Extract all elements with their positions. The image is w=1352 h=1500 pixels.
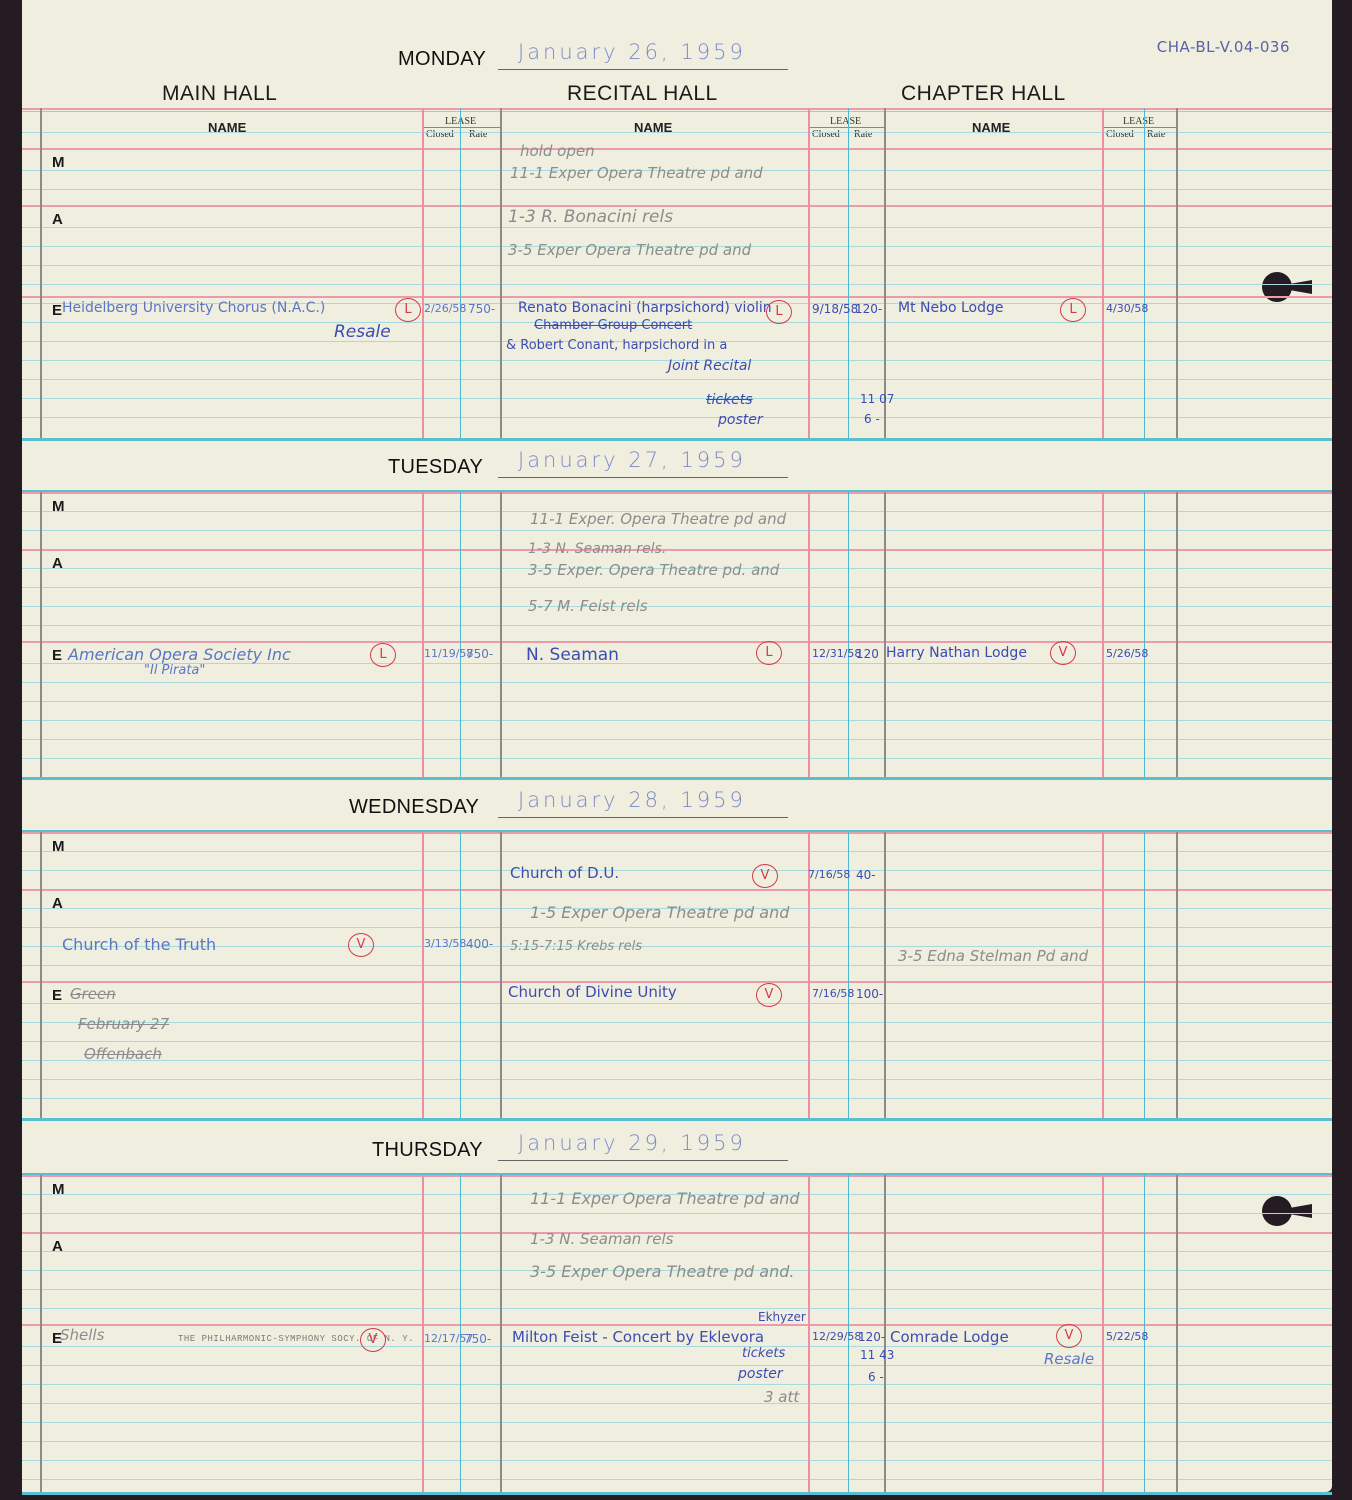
period-rule-e <box>22 1324 1332 1326</box>
recital-morning-closed: 7/16/58 <box>808 868 850 881</box>
recital-morning-line: 11-1 Exper Opera Theatre pd and <box>530 1189 800 1208</box>
period-rule-a <box>22 549 1332 551</box>
period-evening: E <box>52 987 62 1004</box>
column-rule <box>808 492 810 777</box>
period-afternoon: A <box>52 555 63 572</box>
header-top-rule <box>22 108 1332 110</box>
main-afternoon-name: Church of the Truth <box>62 935 216 954</box>
section-bottom-rule <box>22 1492 1332 1495</box>
lease-mark: L <box>395 298 421 322</box>
recital-evening-line: & Robert Conant, harpsichord in a <box>506 338 727 353</box>
lease-divider-main <box>422 127 500 128</box>
main-evening-name: American Opera Society Inc <box>68 645 291 664</box>
lease-mark: L <box>766 300 792 324</box>
ruled-line <box>22 1041 1332 1042</box>
column-rule <box>500 1175 502 1492</box>
recital-evening-name: N. Seaman <box>526 645 619 665</box>
archive-id: CHA-BL-V.04-036 <box>1157 38 1290 56</box>
ruled-line <box>22 606 1332 607</box>
recital-morning-name: Church of D.U. <box>510 864 619 882</box>
rate-label-chapter: Rate <box>1147 129 1165 140</box>
main-afternoon-rate: 400- <box>466 937 493 951</box>
chapter-evening-closed: 5/22/58 <box>1106 1330 1148 1343</box>
recital-afternoon-line: 5-7 M. Feist rels <box>528 597 648 615</box>
ruled-line <box>22 1460 1332 1461</box>
ruled-line <box>22 870 1332 871</box>
column-rule <box>848 108 849 438</box>
main-evening-struck: February 27 <box>78 1015 169 1033</box>
period-afternoon: A <box>52 1238 63 1255</box>
recital-evening-line: 3 att <box>764 1388 799 1406</box>
ruled-line <box>22 1308 1332 1309</box>
recital-evening-extra: 6 - <box>868 1370 884 1384</box>
period-evening: E <box>52 302 62 319</box>
column-rule <box>1176 492 1178 777</box>
recital-evening-name: Milton Feist - Concert by Eklevora <box>512 1328 764 1346</box>
period-rule-a <box>22 205 1332 207</box>
chapter-evening-name: Mt Nebo Lodge <box>898 300 1004 316</box>
header-top-rule-blue <box>22 111 1332 112</box>
section-bottom-rule <box>22 777 1332 780</box>
ruled-line <box>22 1003 1332 1004</box>
column-rule <box>884 492 886 777</box>
lease-mark: V <box>756 983 782 1007</box>
ruled-line <box>22 1289 1332 1290</box>
column-rule <box>500 492 502 777</box>
binder-slot-bottom <box>1288 1204 1312 1218</box>
lease-divider-recital <box>808 127 884 128</box>
column-rule <box>40 108 42 438</box>
recital-evening-line: poster <box>718 412 763 428</box>
ruled-line <box>22 1384 1332 1385</box>
main-evening-note: Resale <box>334 322 391 342</box>
ruled-line <box>22 379 1332 380</box>
recital-evening-extra: 11 07 <box>860 392 894 406</box>
hall-title-main: MAIN HALL <box>162 82 277 106</box>
chapter-evening-closed: 5/26/58 <box>1106 647 1148 660</box>
chapter-evening-name: Comrade Lodge <box>890 1328 1009 1346</box>
column-rule <box>884 832 886 1118</box>
column-rule <box>1144 108 1145 438</box>
lease-divider-chapter <box>1102 127 1176 128</box>
recital-afternoon-line: 1-3 R. Bonacini rels <box>508 207 673 227</box>
column-rule <box>1102 832 1104 1118</box>
ruled-line <box>22 1060 1332 1061</box>
period-evening: E <box>52 647 62 664</box>
recital-evening-line: tickets <box>706 392 753 408</box>
ruled-line <box>22 417 1332 418</box>
period-rule-e <box>22 981 1332 983</box>
ruled-line <box>22 530 1332 531</box>
section-bottom-rule <box>22 1118 1332 1121</box>
column-rule <box>422 108 424 438</box>
ruled-line <box>22 1022 1332 1023</box>
ruled-line <box>22 132 1332 133</box>
period-morning: M <box>52 1181 65 1198</box>
column-rule <box>40 1175 42 1492</box>
period-rule-m <box>22 492 1332 494</box>
recital-evening-rate: 100- <box>856 987 883 1001</box>
main-evening-rate: 750- <box>466 647 493 661</box>
ruled-line <box>22 1213 1332 1214</box>
lease-mark: L <box>370 643 396 667</box>
day-label: THURSDAY <box>372 1139 483 1162</box>
column-rule <box>1102 492 1104 777</box>
recital-afternoon-line: 5:15-7:15 Krebs rels <box>510 939 642 954</box>
ruled-line <box>22 1079 1332 1080</box>
recital-morning-line: 11-1 Exper. Opera Theatre pd and <box>530 510 786 528</box>
ruled-line <box>22 284 1332 285</box>
main-evening-struck: Green <box>70 985 116 1003</box>
ruled-line <box>22 720 1332 721</box>
date-underline <box>498 477 788 478</box>
ruled-line <box>22 1346 1332 1347</box>
ruled-line <box>22 227 1332 228</box>
recital-morning-line: hold open <box>520 142 595 160</box>
recital-evening-name: Church of Divine Unity <box>508 983 677 1001</box>
recital-evening-line: tickets <box>742 1346 785 1361</box>
column-rule <box>40 832 42 1118</box>
column-rule <box>884 108 886 438</box>
main-evening-note: "Il Pirata" <box>144 663 205 678</box>
rate-label-recital: Rate <box>854 129 872 140</box>
hall-title-recital: RECITAL HALL <box>567 82 718 106</box>
recital-evening-closed: 12/31/58 <box>812 647 861 660</box>
lease-mark: V <box>360 1328 386 1352</box>
period-morning: M <box>52 498 65 515</box>
lease-label-chapter: LEASE <box>1123 116 1154 127</box>
binder-hole-bottom <box>1262 1196 1292 1226</box>
chapter-afternoon-note: 3-5 Edna Stelman Pd and <box>898 947 1088 965</box>
main-evening-rate: 750- <box>468 302 495 316</box>
ruled-line <box>22 739 1332 740</box>
ruled-line <box>22 265 1332 266</box>
recital-evening-extra: 11 43 <box>860 1348 894 1362</box>
column-rule <box>422 832 424 1118</box>
section-bottom-rule <box>22 438 1332 441</box>
period-rule-e <box>22 641 1332 643</box>
main-evening-closed: 2/26/58 <box>424 302 466 315</box>
recital-evening-extra: 6 - <box>864 412 880 426</box>
date-value: January 29, 1959 <box>518 1131 746 1155</box>
recital-evening-closed: 7/16/58 <box>812 987 854 1000</box>
recital-evening-closed: 9/18/58 <box>812 302 858 316</box>
recital-afternoon-line: 3-5 Exper. Opera Theatre pd. and <box>528 561 779 579</box>
date-value: January 28, 1959 <box>518 788 746 812</box>
lease-mark: L <box>756 641 782 665</box>
ruled-line <box>22 625 1332 626</box>
date-underline <box>498 817 788 818</box>
ruled-line <box>22 189 1332 190</box>
date-underline <box>498 1160 788 1161</box>
period-rule-a <box>22 1232 1332 1234</box>
column-rule <box>808 1175 810 1492</box>
ruled-line <box>22 682 1332 683</box>
ruled-line <box>22 758 1332 759</box>
column-rule <box>1176 108 1178 438</box>
day-label: TUESDAY <box>388 456 483 479</box>
period-morning: M <box>52 838 65 855</box>
column-rule <box>1144 492 1145 777</box>
column-rule <box>40 492 42 777</box>
column-rule <box>1176 1175 1178 1492</box>
column-rule <box>808 108 810 438</box>
period-rule-a <box>22 889 1332 891</box>
ruled-line <box>22 398 1332 399</box>
ruled-line <box>22 1365 1332 1366</box>
recital-afternoon-line: 1-3 N. Seaman rels. <box>528 541 666 557</box>
day-label: WEDNESDAY <box>349 796 479 819</box>
lease-mark: V <box>752 864 778 888</box>
recital-afternoon-line: 3-5 Exper Opera Theatre pd and. <box>530 1262 794 1281</box>
closed-label-chapter: Closed <box>1106 129 1134 140</box>
ruled-line <box>22 1422 1332 1423</box>
recital-evening-closed: 12/29/58 <box>812 1330 861 1343</box>
chapter-evening-name: Harry Nathan Lodge <box>886 645 1027 661</box>
period-rule-m <box>22 1175 1332 1177</box>
main-evening-rate: 750- <box>464 1332 491 1346</box>
lease-mark: V <box>1050 641 1076 665</box>
closed-label-recital: Closed <box>812 129 840 140</box>
main-evening-struck: Offenbach <box>84 1045 162 1063</box>
ruled-line <box>22 1403 1332 1404</box>
column-rule <box>460 108 461 438</box>
column-rule <box>1176 832 1178 1118</box>
ruled-line <box>22 1479 1332 1480</box>
column-rule <box>460 832 461 1118</box>
ruled-line <box>22 587 1332 588</box>
recital-evening-superscript: Ekhyzer <box>758 1310 806 1324</box>
period-afternoon: A <box>52 211 63 228</box>
period-rule-m <box>22 832 1332 834</box>
binder-slot-top <box>1288 280 1312 294</box>
ruled-line <box>22 1098 1332 1099</box>
recital-afternoon-line: 1-3 N. Seaman rels <box>530 1230 673 1248</box>
ruled-line <box>22 1441 1332 1442</box>
recital-evening-line: poster <box>738 1366 783 1382</box>
column-rule <box>500 108 502 438</box>
date-value: January 27, 1959 <box>518 448 746 472</box>
period-afternoon: A <box>52 895 63 912</box>
recital-afternoon-line: 3-5 Exper Opera Theatre pd and <box>508 241 751 259</box>
recital-evening-name: Renato Bonacini (harpsichord) violin <box>518 300 772 316</box>
rate-label-main: Rate <box>469 129 487 140</box>
recital-evening-line: Joint Recital <box>668 358 751 374</box>
column-rule <box>1144 832 1145 1118</box>
recital-morning-line: 11-1 Exper Opera Theatre pd and <box>510 164 763 182</box>
column-rule <box>500 832 502 1118</box>
ruled-line <box>22 927 1332 928</box>
main-evening-name: Heidelberg University Chorus (N.A.C.) <box>62 300 325 316</box>
column-rule <box>848 492 849 777</box>
ruled-line <box>22 851 1332 852</box>
period-rule-e <box>22 296 1332 298</box>
ruled-line <box>22 946 1332 947</box>
chapter-evening-closed: 4/30/58 <box>1106 302 1148 315</box>
column-rule <box>460 492 461 777</box>
closed-label-main: Closed <box>426 129 454 140</box>
recital-afternoon-line: 1-5 Exper Opera Theatre pd and <box>530 903 789 922</box>
column-rule <box>1102 1175 1104 1492</box>
lease-mark: V <box>1056 1324 1082 1348</box>
main-evening-name: Shells <box>60 1326 104 1344</box>
recital-evening-rate: 120 <box>856 647 879 661</box>
ruled-line <box>22 701 1332 702</box>
lease-mark: L <box>1060 298 1086 322</box>
recital-evening-struck: Chamber Group Concert <box>534 318 692 333</box>
date-underline <box>498 69 788 70</box>
ruled-line <box>22 1251 1332 1252</box>
period-rule-m <box>22 148 1332 150</box>
day-label: MONDAY <box>398 48 486 71</box>
ruled-line <box>22 965 1332 966</box>
period-morning: M <box>52 154 65 171</box>
column-rule <box>1102 108 1104 438</box>
recital-evening-rate: 120- <box>858 1330 885 1344</box>
hall-title-chapter: CHAPTER HALL <box>901 82 1066 106</box>
lease-label-recital: LEASE <box>830 116 861 127</box>
recital-evening-rate: 120- <box>855 302 882 316</box>
recital-morning-rate: 40- <box>856 868 876 882</box>
chapter-evening-note: Resale <box>1044 1350 1094 1368</box>
column-rule <box>422 492 424 777</box>
lease-mark: V <box>348 933 374 957</box>
ledger-page: CHA-BL-V.04-036 MAIN HALL RECITAL HALL C… <box>22 0 1332 1492</box>
main-afternoon-closed: 3/13/58 <box>424 937 466 950</box>
date-value: January 26, 1959 <box>518 40 746 64</box>
